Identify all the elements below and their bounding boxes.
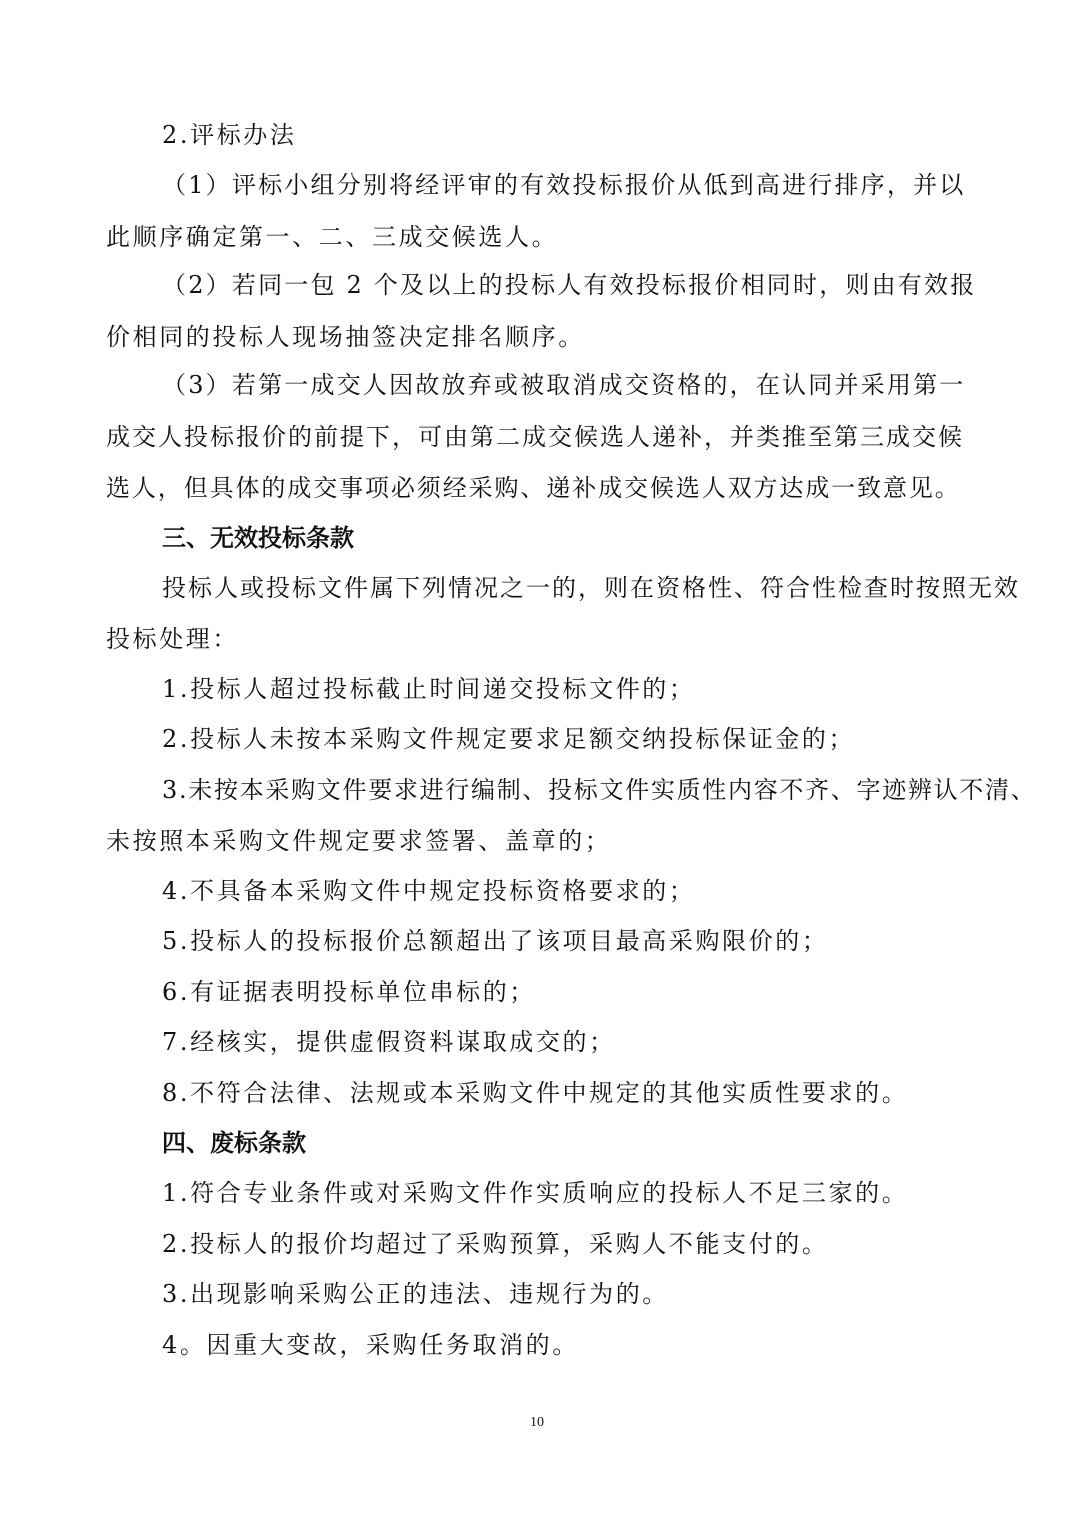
list-item: 8.不符合法律、法规或本采购文件中规定的其他实质性要求的。 <box>162 1078 1062 1108</box>
paragraph-line: （2）若同一包 2 个及以上的投标人有效投标报价相同时，则由有效报 <box>162 270 1062 300</box>
list-item: 7.经核实，提供虚假资料谋取成交的； <box>162 1027 1062 1057</box>
paragraph-line: 价相同的投标人现场抽签决定排名顺序。 <box>106 322 1006 352</box>
section-heading-bid-cancellation-terms: 四、废标条款 <box>162 1128 1062 1158</box>
paragraph-line: 此顺序确定第一、二、三成交候选人。 <box>106 222 1006 252</box>
list-item: 2.投标人的报价均超过了采购预算，采购人不能支付的。 <box>162 1229 1062 1259</box>
paragraph-line: 成交人投标报价的前提下，可由第二成交候选人递补，并类推至第三成交候 <box>106 422 1006 452</box>
list-item: 4.不具备本采购文件中规定投标资格要求的； <box>162 876 1062 906</box>
list-item: 1.符合专业条件或对采购文件作实质响应的投标人不足三家的。 <box>162 1178 1062 1208</box>
list-item: 3.出现影响采购公正的违法、违规行为的。 <box>162 1279 1062 1309</box>
section-heading-evaluation-method: 2.评标办法 <box>162 120 1062 150</box>
list-item: 1.投标人超过投标截止时间递交投标文件的； <box>162 674 1062 704</box>
list-item: 3.未按本采购文件要求进行编制、投标文件实质性内容不齐、字迹辨认不清、 <box>162 775 1062 805</box>
list-item: 6.有证据表明投标单位串标的； <box>162 977 1062 1007</box>
paragraph-line: 投标人或投标文件属下列情况之一的，则在资格性、符合性检查时按照无效 <box>162 573 1062 603</box>
list-item: 2.投标人未按本采购文件规定要求足额交纳投标保证金的； <box>162 724 1062 754</box>
section-heading-invalid-bid-terms: 三、无效投标条款 <box>162 523 1062 553</box>
paragraph-line: （1）评标小组分别将经评审的有效投标报价从低到高进行排序，并以 <box>162 170 1062 200</box>
page-number: 10 <box>0 1414 1074 1432</box>
paragraph-line: 选人，但具体的成交事项必须经采购、递补成交候选人双方达成一致意见。 <box>106 473 1006 503</box>
list-item: 5.投标人的投标报价总额超出了该项目最高采购限价的； <box>162 926 1062 956</box>
paragraph-line: （3）若第一成交人因故放弃或被取消成交资格的，在认同并采用第一 <box>162 370 1062 400</box>
list-item: 4。因重大变故，采购任务取消的。 <box>162 1330 1062 1360</box>
paragraph-line: 投标处理： <box>106 624 1006 654</box>
document-page: 2.评标办法 （1）评标小组分别将经评审的有效投标报价从低到高进行排序，并以 此… <box>0 0 1074 1520</box>
list-item-continuation: 未按照本采购文件规定要求签署、盖章的； <box>106 826 1006 856</box>
